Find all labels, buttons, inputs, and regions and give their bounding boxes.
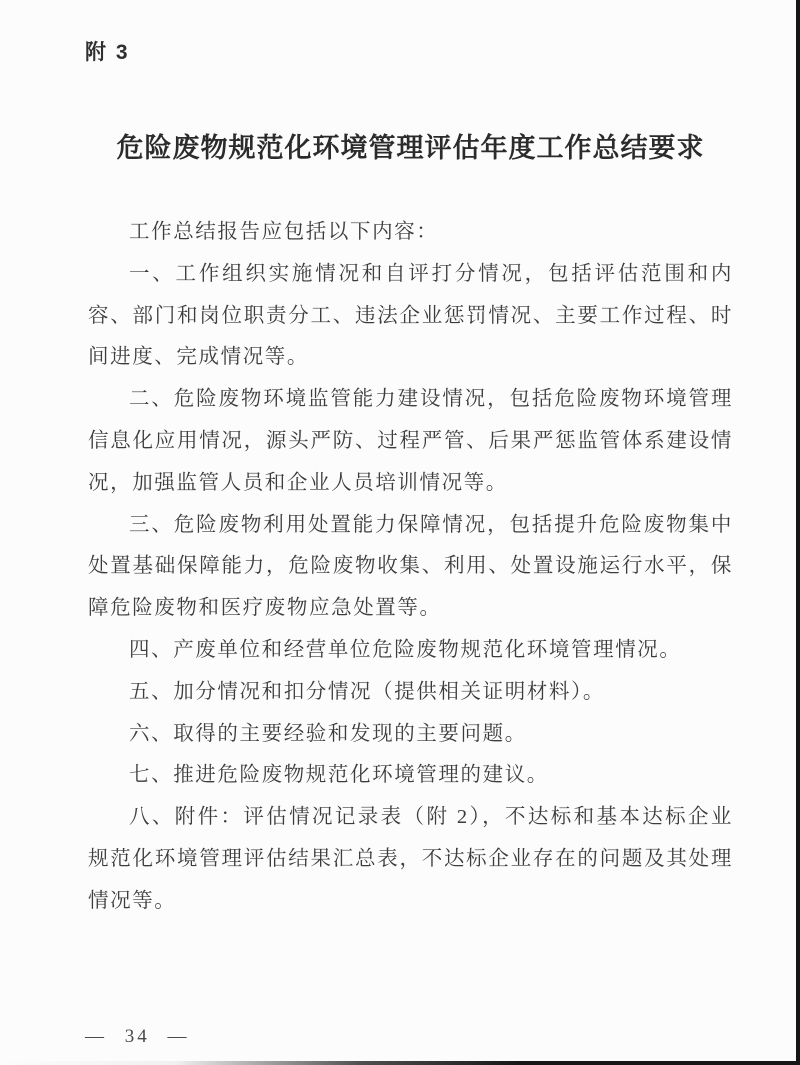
scan-edge-right — [796, 0, 800, 1065]
paragraph-item-7: 七、推进危险废物规范化环境管理的建议。 — [88, 755, 733, 797]
document-title: 危险废物规范化环境管理评估年度工作总结要求 — [88, 126, 733, 165]
content-area: 危险废物规范化环境管理评估年度工作总结要求 工作总结报告应包括以下内容： 一、工… — [88, 0, 733, 923]
paragraph-item-3: 三、危险废物利用处置能力保障情况，包括提升危险废物集中处置基础保障能力，危险废物… — [88, 505, 733, 630]
paragraph-intro: 工作总结报告应包括以下内容： — [88, 212, 733, 254]
paragraph-item-6: 六、取得的主要经验和发现的主要问题。 — [88, 714, 733, 756]
paragraph-item-2: 二、危险废物环境监管能力建设情况，包括危险废物环境管理信息化应用情况，源头严防、… — [88, 379, 733, 504]
paragraph-item-5: 五、加分情况和扣分情况（提供相关证明材料）。 — [88, 672, 733, 714]
paragraph-item-4: 四、产废单位和经营单位危险废物规范化环境管理情况。 — [88, 630, 733, 672]
document-body: 工作总结报告应包括以下内容： 一、工作组织实施情况和自评打分情况，包括评估范围和… — [88, 212, 733, 923]
paragraph-item-8: 八、附件：评估情况记录表（附 2），不达标和基本达标企业规范化环境管理评估结果汇… — [88, 797, 733, 922]
page-number: — 34 — — [85, 1026, 190, 1048]
document-page: 附 3 危险废物规范化环境管理评估年度工作总结要求 工作总结报告应包括以下内容：… — [0, 0, 800, 1065]
paragraph-item-1: 一、工作组织实施情况和自评打分情况，包括评估范围和内容、部门和岗位职责分工、违法… — [88, 254, 733, 379]
scan-edge-bottom — [0, 1061, 800, 1065]
